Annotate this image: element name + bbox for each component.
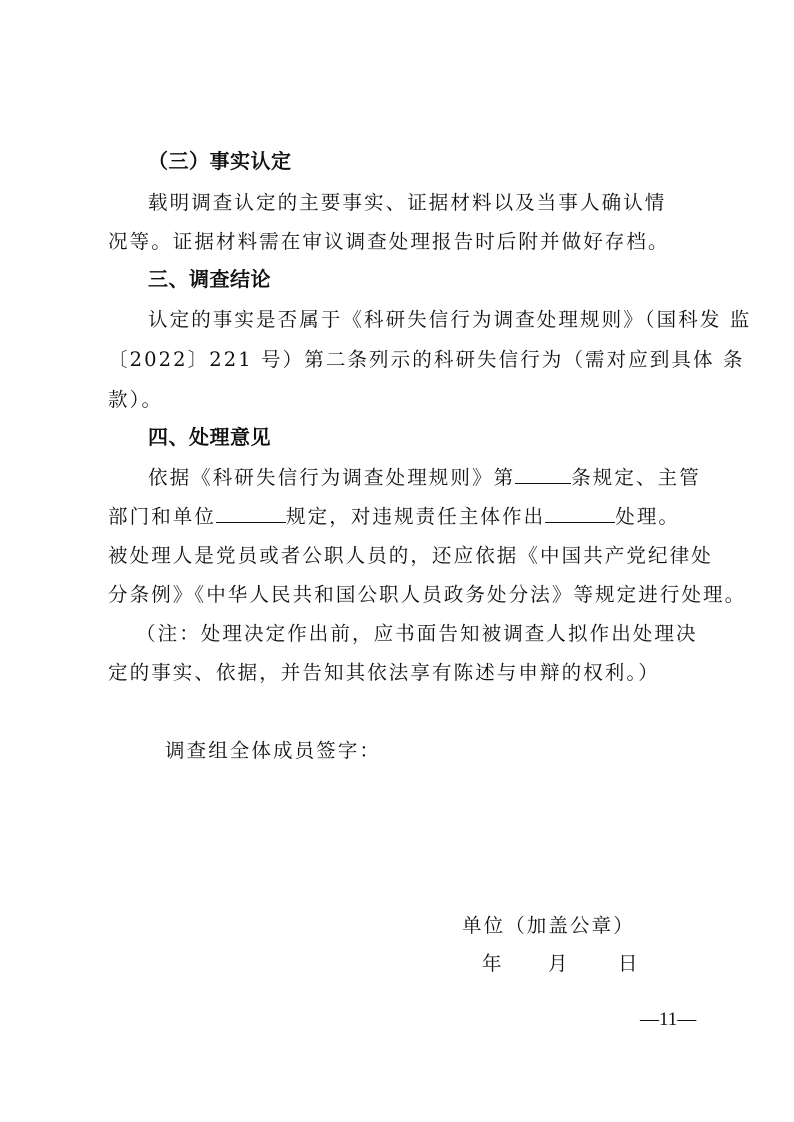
section-heading-handling-opinion: 四、处理意见 (148, 423, 688, 451)
handling-line1-text-b: 条规定、主管 (571, 466, 701, 489)
article-number-blank[interactable] (515, 465, 571, 484)
conclusion-paragraph-line-2: 〔2022〕221 号）第二条列示的科研失信行为（需对应到具体 条 (108, 346, 688, 374)
handling-line2-text-b: 规定，对违规责任主体作出 (286, 505, 545, 528)
handling-paragraph-line-2: 部门和单位规定，对违规责任主体作出处理。 (108, 503, 688, 531)
investigation-team-signature-label: 调查组全体成员签字： (165, 737, 745, 765)
handling-line1-text-a: 依据《科研失信行为调查处理规则》第 (148, 466, 515, 489)
handling-paragraph-line-4: 分条例》《中华人民共和国公职人员政务处分法》等规定进行处理。 (108, 581, 688, 609)
conclusion-paragraph-line-3: 款）。 (108, 386, 688, 414)
unit-regulation-blank[interactable] (216, 504, 286, 523)
conclusion-paragraph-line-1: 认定的事实是否属于《科研失信行为调查处理规则》（国科发 监 (148, 306, 688, 334)
fact-finding-paragraph-line-2: 况等。证据材料需在审议调查处理报告时后附并做好存档。 (108, 228, 688, 256)
handling-line2-text-a: 部门和单位 (108, 505, 216, 528)
fact-finding-paragraph-line-1: 载明调查认定的主要事实、证据材料以及当事人确认情 (148, 189, 688, 217)
page-number: —11— (640, 1009, 696, 1031)
date-month-label: 月 (548, 950, 578, 978)
note-line-1: （注：处理决定作出前，应书面告知被调查人拟作出处理决 (136, 620, 716, 648)
note-line-2: 定的事实、依据，并告知其依法享有陈述与申辩的权利。） (108, 659, 688, 687)
penalty-blank[interactable] (545, 504, 615, 523)
handling-paragraph-line-1: 依据《科研失信行为调查处理规则》第条规定、主管 (148, 464, 688, 492)
date-year-label: 年 (482, 950, 512, 978)
handling-paragraph-line-3: 被处理人是党员或者公职人员的，还应依据《中国共产党纪律处 (108, 542, 688, 570)
document-page: （三）事实认定 载明调查认定的主要事实、证据材料以及当事人确认情 况等。证据材料… (0, 0, 794, 1122)
subsection-heading-fact-finding: （三）事实认定 (148, 147, 688, 175)
handling-line2-text-c: 处理。 (615, 505, 680, 528)
section-heading-conclusion: 三、调查结论 (148, 265, 688, 293)
unit-seal-label: 单位（加盖公章） (462, 912, 662, 940)
date-day-label: 日 (618, 950, 648, 978)
